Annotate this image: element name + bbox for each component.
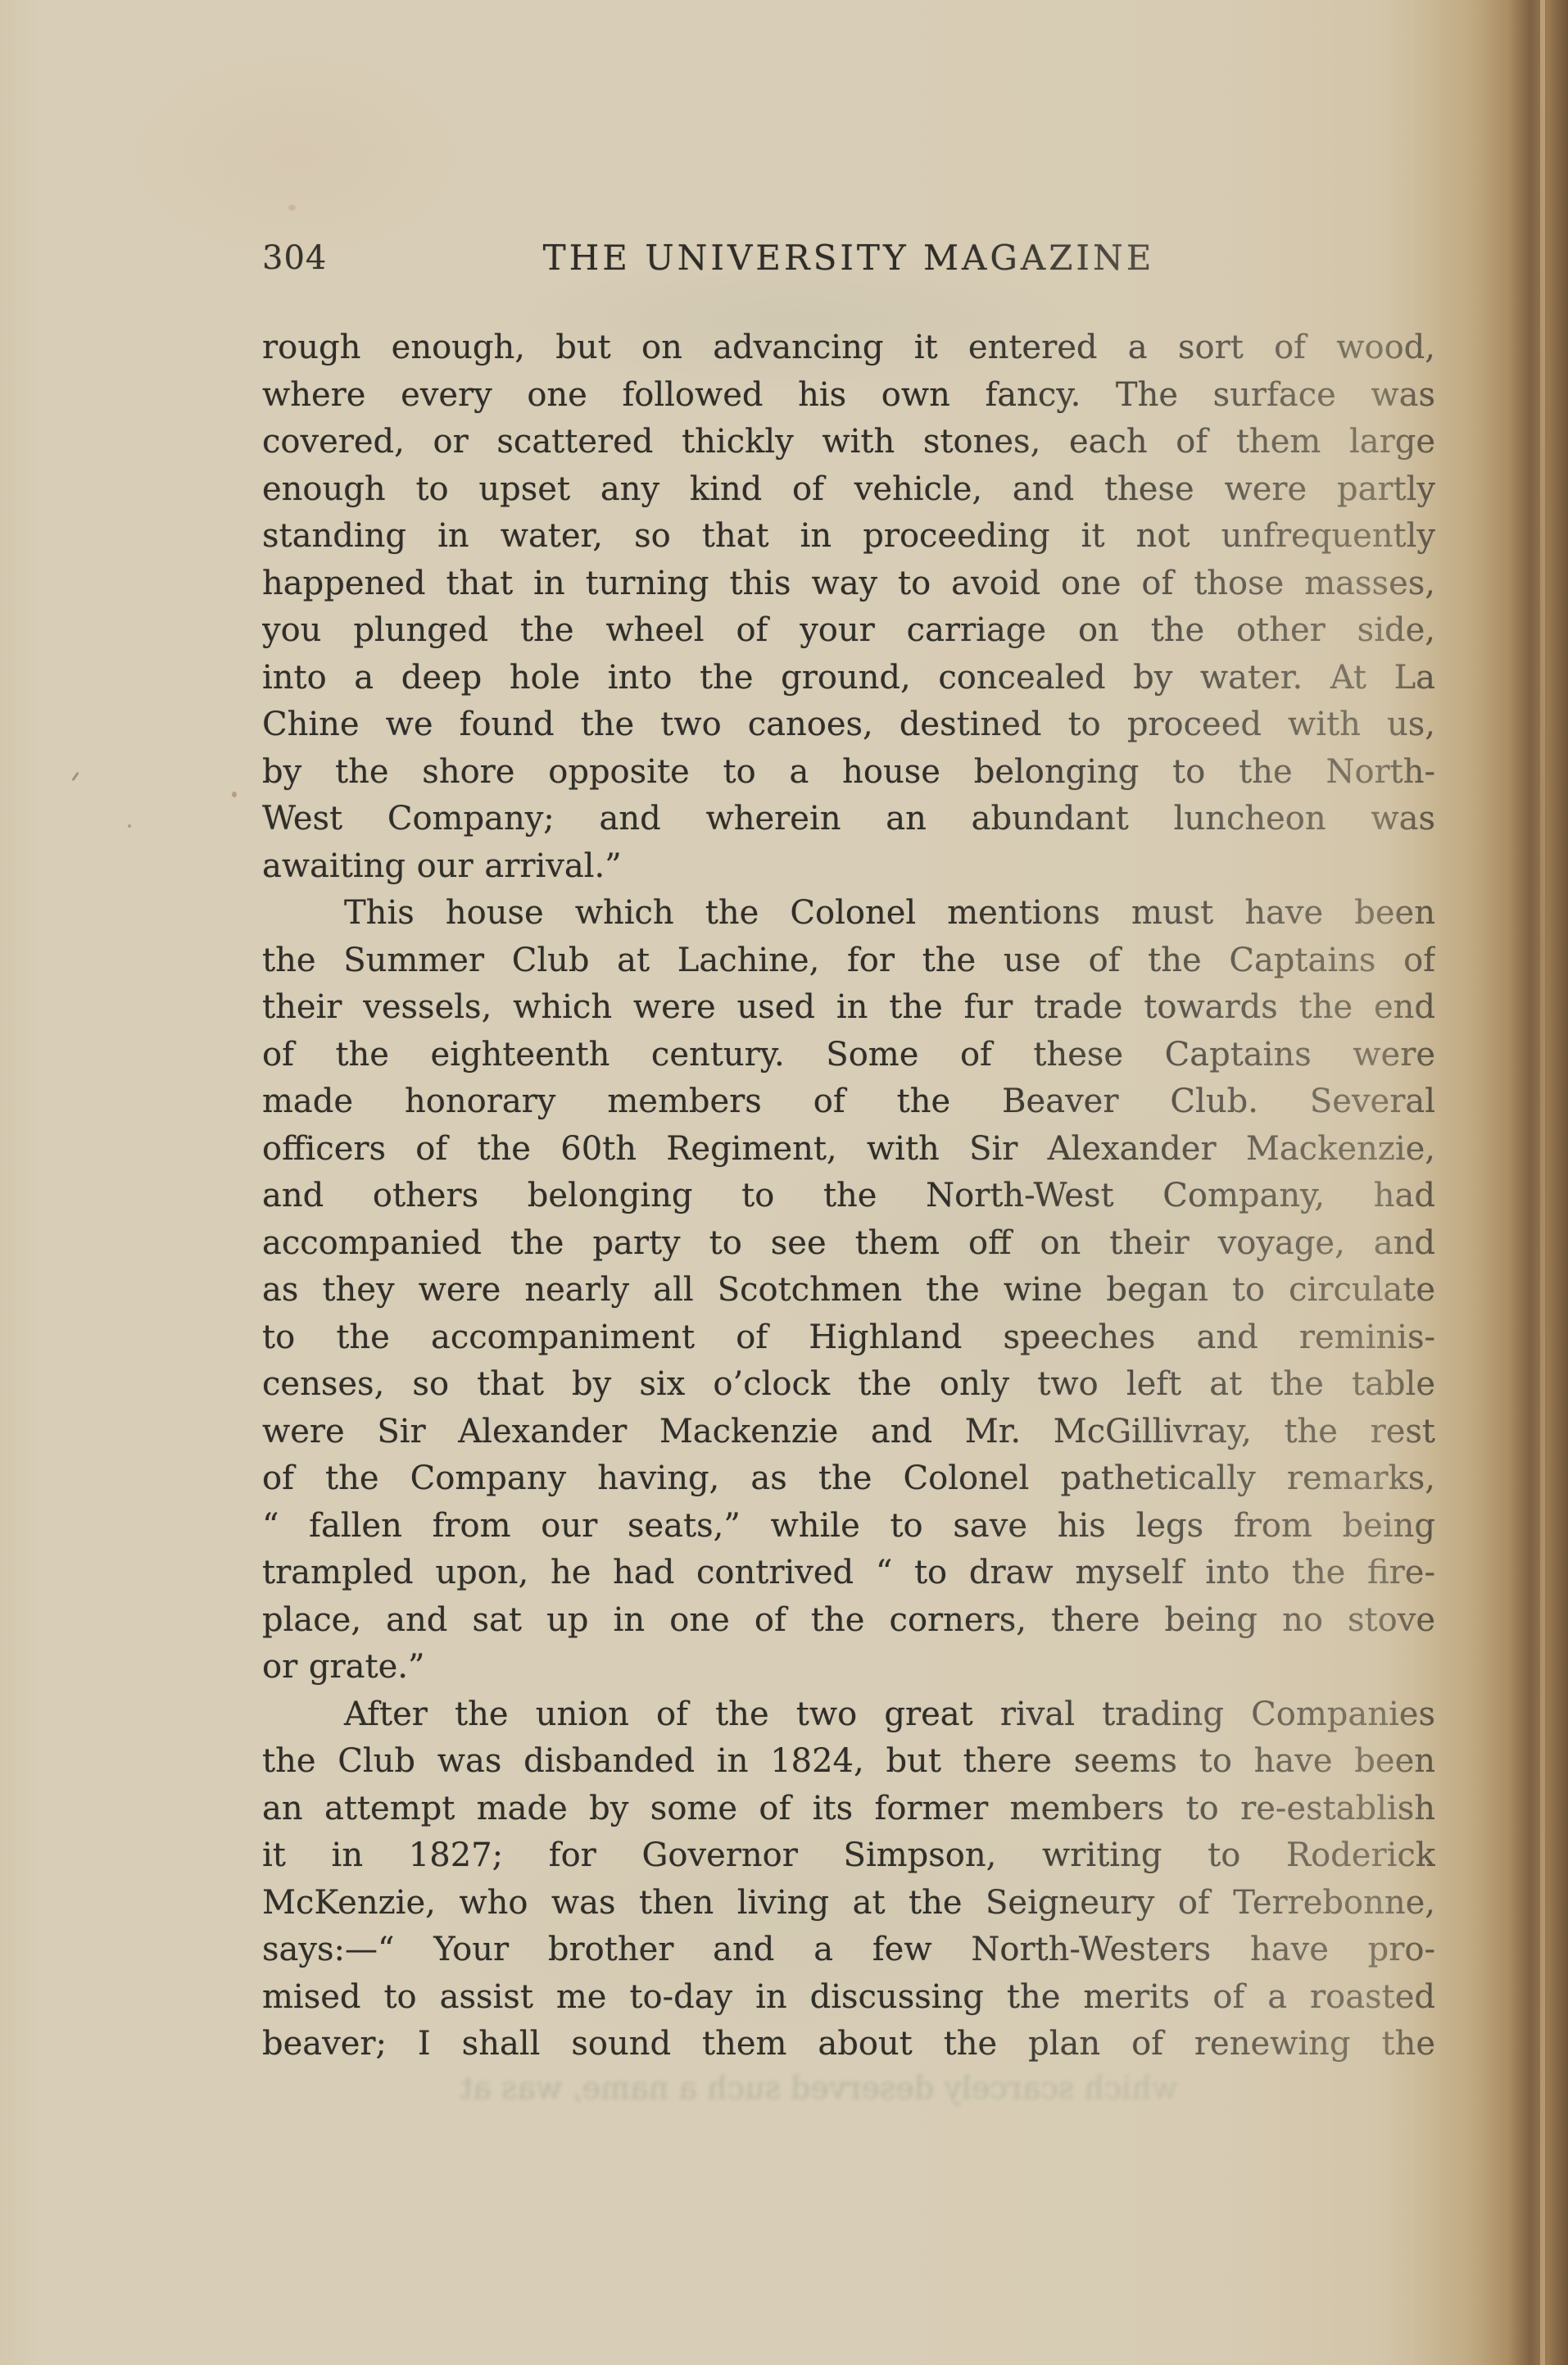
text-line: covered, or scattered thickly with stone… xyxy=(262,419,1435,466)
text-line: were Sir Alexander Mackenzie and Mr. McG… xyxy=(262,1409,1435,1456)
text-line: you plunged the wheel of your carriage o… xyxy=(262,607,1435,655)
running-title: THE UNIVERSITY MAGAZINE xyxy=(262,238,1435,278)
text-line: Chine we found the two canoes, destined … xyxy=(262,701,1435,749)
text-line: beaver; I shall sound them about the pla… xyxy=(262,2021,1435,2068)
text-line: rough enough, but on advancing it entere… xyxy=(262,325,1435,372)
scanned-book-page: 304 THE UNIVERSITY MAGAZINE rough enough… xyxy=(0,0,1568,2365)
paper-speck xyxy=(128,824,131,828)
page-header: 304 THE UNIVERSITY MAGAZINE xyxy=(262,238,1435,279)
text-line: accompanied the party to see them off on… xyxy=(262,1220,1435,1268)
text-line: the Summer Club at Lachine, for the use … xyxy=(262,937,1435,985)
text-line: censes, so that by six o’clock the only … xyxy=(262,1361,1435,1409)
text-line: as they were nearly all Scotchmen the wi… xyxy=(262,1267,1435,1314)
binding-crease xyxy=(1540,0,1545,2365)
paper-speck xyxy=(288,205,296,211)
text-line: After the union of the two great rival t… xyxy=(262,1691,1435,1739)
text-line: made honorary members of the Beaver Club… xyxy=(262,1078,1435,1126)
show-through-text: which scarcely deserved such a name, was… xyxy=(246,2068,1393,2108)
text-line: to the accompaniment of Highland speeche… xyxy=(262,1314,1435,1362)
text-line: trampled upon, he had contrived “ to dra… xyxy=(262,1550,1435,1597)
text-line: enough to upset any kind of vehicle, and… xyxy=(262,466,1435,514)
text-line: “ fallen from our seats,” while to save … xyxy=(262,1503,1435,1550)
text-line: into a deep hole into the ground, concea… xyxy=(262,655,1435,702)
text-line: happened that in turning this way to avo… xyxy=(262,561,1435,608)
text-line: of the eighteenth century. Some of these… xyxy=(262,1032,1435,1079)
text-line: awaiting our arrival.” xyxy=(262,843,1435,891)
text-line: an attempt made by some of its former me… xyxy=(262,1786,1435,1833)
text-line: and others belonging to the North-West C… xyxy=(262,1173,1435,1220)
text-line: it in 1827; for Governor Simpson, writin… xyxy=(262,1832,1435,1880)
body-text: rough enough, but on advancing it entere… xyxy=(262,325,1435,2068)
text-line: McKenzie, who was then living at the Sei… xyxy=(262,1880,1435,1927)
text-line: place, and sat up in one of the corners,… xyxy=(262,1597,1435,1645)
pen-mark xyxy=(71,772,79,782)
text-line: or grate.” xyxy=(262,1644,1435,1691)
text-line: the Club was disbanded in 1824, but ther… xyxy=(262,1738,1435,1786)
text-line: standing in water, so that in proceeding… xyxy=(262,513,1435,561)
paper-speck xyxy=(232,792,237,797)
text-line: West Company; and wherein an abundant lu… xyxy=(262,796,1435,843)
text-line: officers of the 60th Regiment, with Sir … xyxy=(262,1126,1435,1173)
paper-stain xyxy=(123,49,467,262)
text-line: mised to assist me to-day in discussing … xyxy=(262,1974,1435,2022)
text-line: by the shore opposite to a house belongi… xyxy=(262,749,1435,797)
text-line: This house which the Colonel mentions mu… xyxy=(262,890,1435,937)
text-line: their vessels, which were used in the fu… xyxy=(262,984,1435,1032)
text-line: of the Company having, as the Colonel pa… xyxy=(262,1455,1435,1503)
text-line: says:—“ Your brother and a few North-Wes… xyxy=(262,1927,1435,1974)
text-line: where every one followed his own fancy. … xyxy=(262,372,1435,420)
